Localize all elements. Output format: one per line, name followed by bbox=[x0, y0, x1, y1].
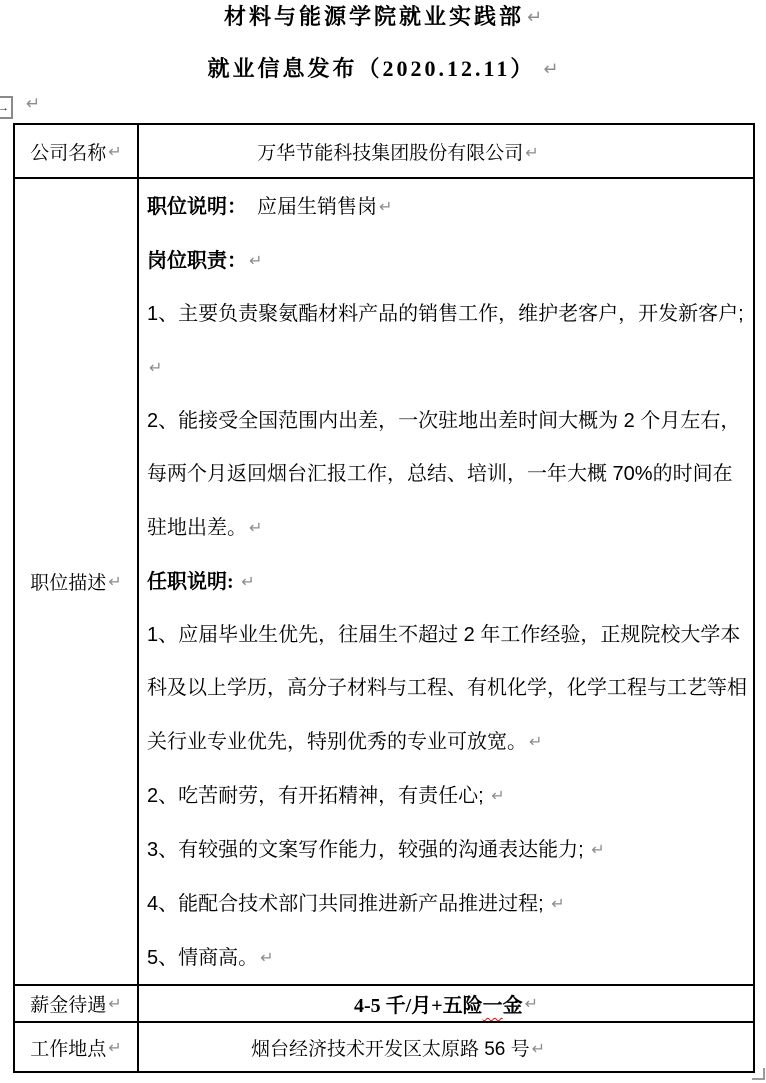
paragraph-mark-icon: ↵ bbox=[379, 197, 392, 216]
description-heading-text: 岗位职责： bbox=[147, 250, 247, 272]
location-value-cell[interactable]: 烟台经济技术开发区太原路 56 号↵ bbox=[139, 1021, 753, 1071]
paragraph-mark-icon: ↵ bbox=[543, 59, 558, 80]
doc-title[interactable]: 材料与能源学院就业实践部↵ bbox=[0, 2, 766, 33]
salary-text-pre: 4-5 千/月+五险 bbox=[354, 989, 483, 1018]
paragraph-mark-icon: ↵ bbox=[249, 518, 262, 537]
salary-label-cell[interactable]: 薪金待遇↵ bbox=[15, 984, 139, 1021]
empty-paragraph-mark-icon: ↵ bbox=[26, 94, 40, 114]
doc-subtitle-text: 就业信息发布（2020.12.11） bbox=[208, 56, 536, 81]
company-label-cell[interactable]: 公司名称↵ bbox=[15, 125, 139, 177]
salary-value-cell[interactable]: 4-5 千/月+五险一金↵ bbox=[139, 984, 753, 1021]
description-body-text: 2、能接受全国范围内出差，一次驻地出差时间大概为 2 个月左右，每两个月返回烟台… bbox=[147, 410, 740, 539]
paragraph-mark-icon: ↵ bbox=[241, 572, 254, 591]
salary-text-post: 金 bbox=[503, 989, 523, 1018]
paragraph-mark-icon: ↵ bbox=[551, 894, 564, 913]
paragraph-mark-icon: ↵ bbox=[532, 1039, 545, 1058]
description-body-text: 2、吃苦耐劳，有开拓精神，有责任心; bbox=[147, 785, 489, 807]
paragraph-mark-icon: ↵ bbox=[260, 948, 273, 967]
description-paragraph[interactable]: 2、吃苦耐劳，有开拓精神，有责任心; ↵ bbox=[147, 769, 747, 823]
paragraph-mark-icon: ↵ bbox=[108, 1038, 121, 1057]
description-body-text: 5、情商高。 bbox=[147, 947, 258, 969]
salary-label: 薪金待遇 bbox=[30, 990, 106, 1017]
position-label-cell[interactable]: 职位描述↵ bbox=[15, 177, 139, 984]
description-body-text: 应届生销售岗 bbox=[237, 196, 377, 218]
description-heading-text: 职位说明： bbox=[147, 196, 237, 218]
paragraph-mark-icon: ↵ bbox=[249, 251, 262, 270]
location-label: 工作地点 bbox=[30, 1034, 106, 1061]
salary-misspelled-text: 一 bbox=[483, 989, 503, 1018]
doc-subtitle[interactable]: 就业信息发布（2020.12.11）↵ bbox=[0, 54, 766, 85]
description-paragraph[interactable]: 职位说明： 应届生销售岗↵ bbox=[147, 180, 747, 234]
description-paragraph[interactable]: 5、情商高。↵ bbox=[147, 931, 747, 985]
paragraph-mark-icon: ↵ bbox=[527, 7, 542, 28]
company-label: 公司名称 bbox=[30, 138, 106, 165]
company-value-cell[interactable]: 万华节能科技集团股份有限公司↵ bbox=[139, 125, 753, 177]
tab-anchor-handle[interactable]: → bbox=[0, 96, 13, 119]
description-paragraph[interactable]: 3、有较强的文案写作能力，较强的沟通表达能力; ↵ bbox=[147, 823, 747, 877]
table-resize-handle[interactable] bbox=[752, 1068, 765, 1080]
doc-title-text: 材料与能源学院就业实践部 bbox=[224, 4, 524, 29]
description-body-text bbox=[234, 571, 240, 593]
paragraph-mark-icon: ↵ bbox=[529, 732, 542, 751]
description-body-text: 1、应届毕业生优先，往届生不超过 2 年工作经验，正规院校大学本科及以上学历，高… bbox=[147, 624, 747, 753]
paragraph-mark-icon: ↵ bbox=[525, 994, 538, 1013]
paragraph-mark-icon: ↵ bbox=[525, 143, 538, 162]
description-body-text: 1、主要负责聚氨酯材料产品的销售工作，维护老客户，开发新客户; bbox=[147, 303, 744, 325]
paragraph-mark-icon: ↵ bbox=[149, 358, 162, 377]
document-page: 材料与能源学院就业实践部↵ 就业信息发布（2020.12.11）↵ → ↵ 公司… bbox=[0, 0, 766, 1083]
company-name-text: 万华节能科技集团股份有限公司 bbox=[257, 143, 523, 164]
paragraph-mark-icon: ↵ bbox=[108, 572, 121, 591]
description-paragraph[interactable]: 1、主要负责聚氨酯材料产品的销售工作，维护老客户，开发新客户; ↵ bbox=[147, 288, 747, 395]
job-description-cell[interactable]: 职位说明： 应届生销售岗↵岗位职责：↵1、主要负责聚氨酯材料产品的销售工作，维护… bbox=[139, 177, 753, 984]
paragraph-mark-icon: ↵ bbox=[108, 142, 121, 161]
description-body-text: 4、能配合技术部门共同推进新产品推进过程; bbox=[147, 893, 549, 915]
location-text: 烟台经济技术开发区太原路 56 号 bbox=[251, 1039, 530, 1060]
description-paragraph[interactable]: 1、应届毕业生优先，往届生不超过 2 年工作经验，正规院校大学本科及以上学历，高… bbox=[147, 609, 747, 769]
right-arrow-icon: → bbox=[0, 102, 9, 114]
description-paragraph[interactable]: 任职说明: ↵ bbox=[147, 555, 747, 609]
paragraph-mark-icon: ↵ bbox=[491, 786, 504, 805]
paragraph-mark-icon: ↵ bbox=[108, 994, 121, 1013]
location-label-cell[interactable]: 工作地点↵ bbox=[15, 1021, 139, 1071]
job-table: 公司名称↵ 万华节能科技集团股份有限公司↵ 职位描述↵ 职位说明： 应届生销售岗… bbox=[13, 123, 755, 1073]
description-body-text: 3、有较强的文案写作能力，较强的沟通表达能力; bbox=[147, 839, 589, 861]
description-paragraph[interactable]: 4、能配合技术部门共同推进新产品推进过程; ↵ bbox=[147, 877, 747, 931]
description-paragraph[interactable]: 岗位职责：↵ bbox=[147, 234, 747, 288]
paragraph-mark-icon: ↵ bbox=[591, 840, 604, 859]
position-label: 职位描述 bbox=[30, 568, 106, 595]
description-heading-text: 任职说明: bbox=[147, 571, 234, 593]
description-paragraph[interactable]: 2、能接受全国范围内出差，一次驻地出差时间大概为 2 个月左右，每两个月返回烟台… bbox=[147, 395, 747, 555]
